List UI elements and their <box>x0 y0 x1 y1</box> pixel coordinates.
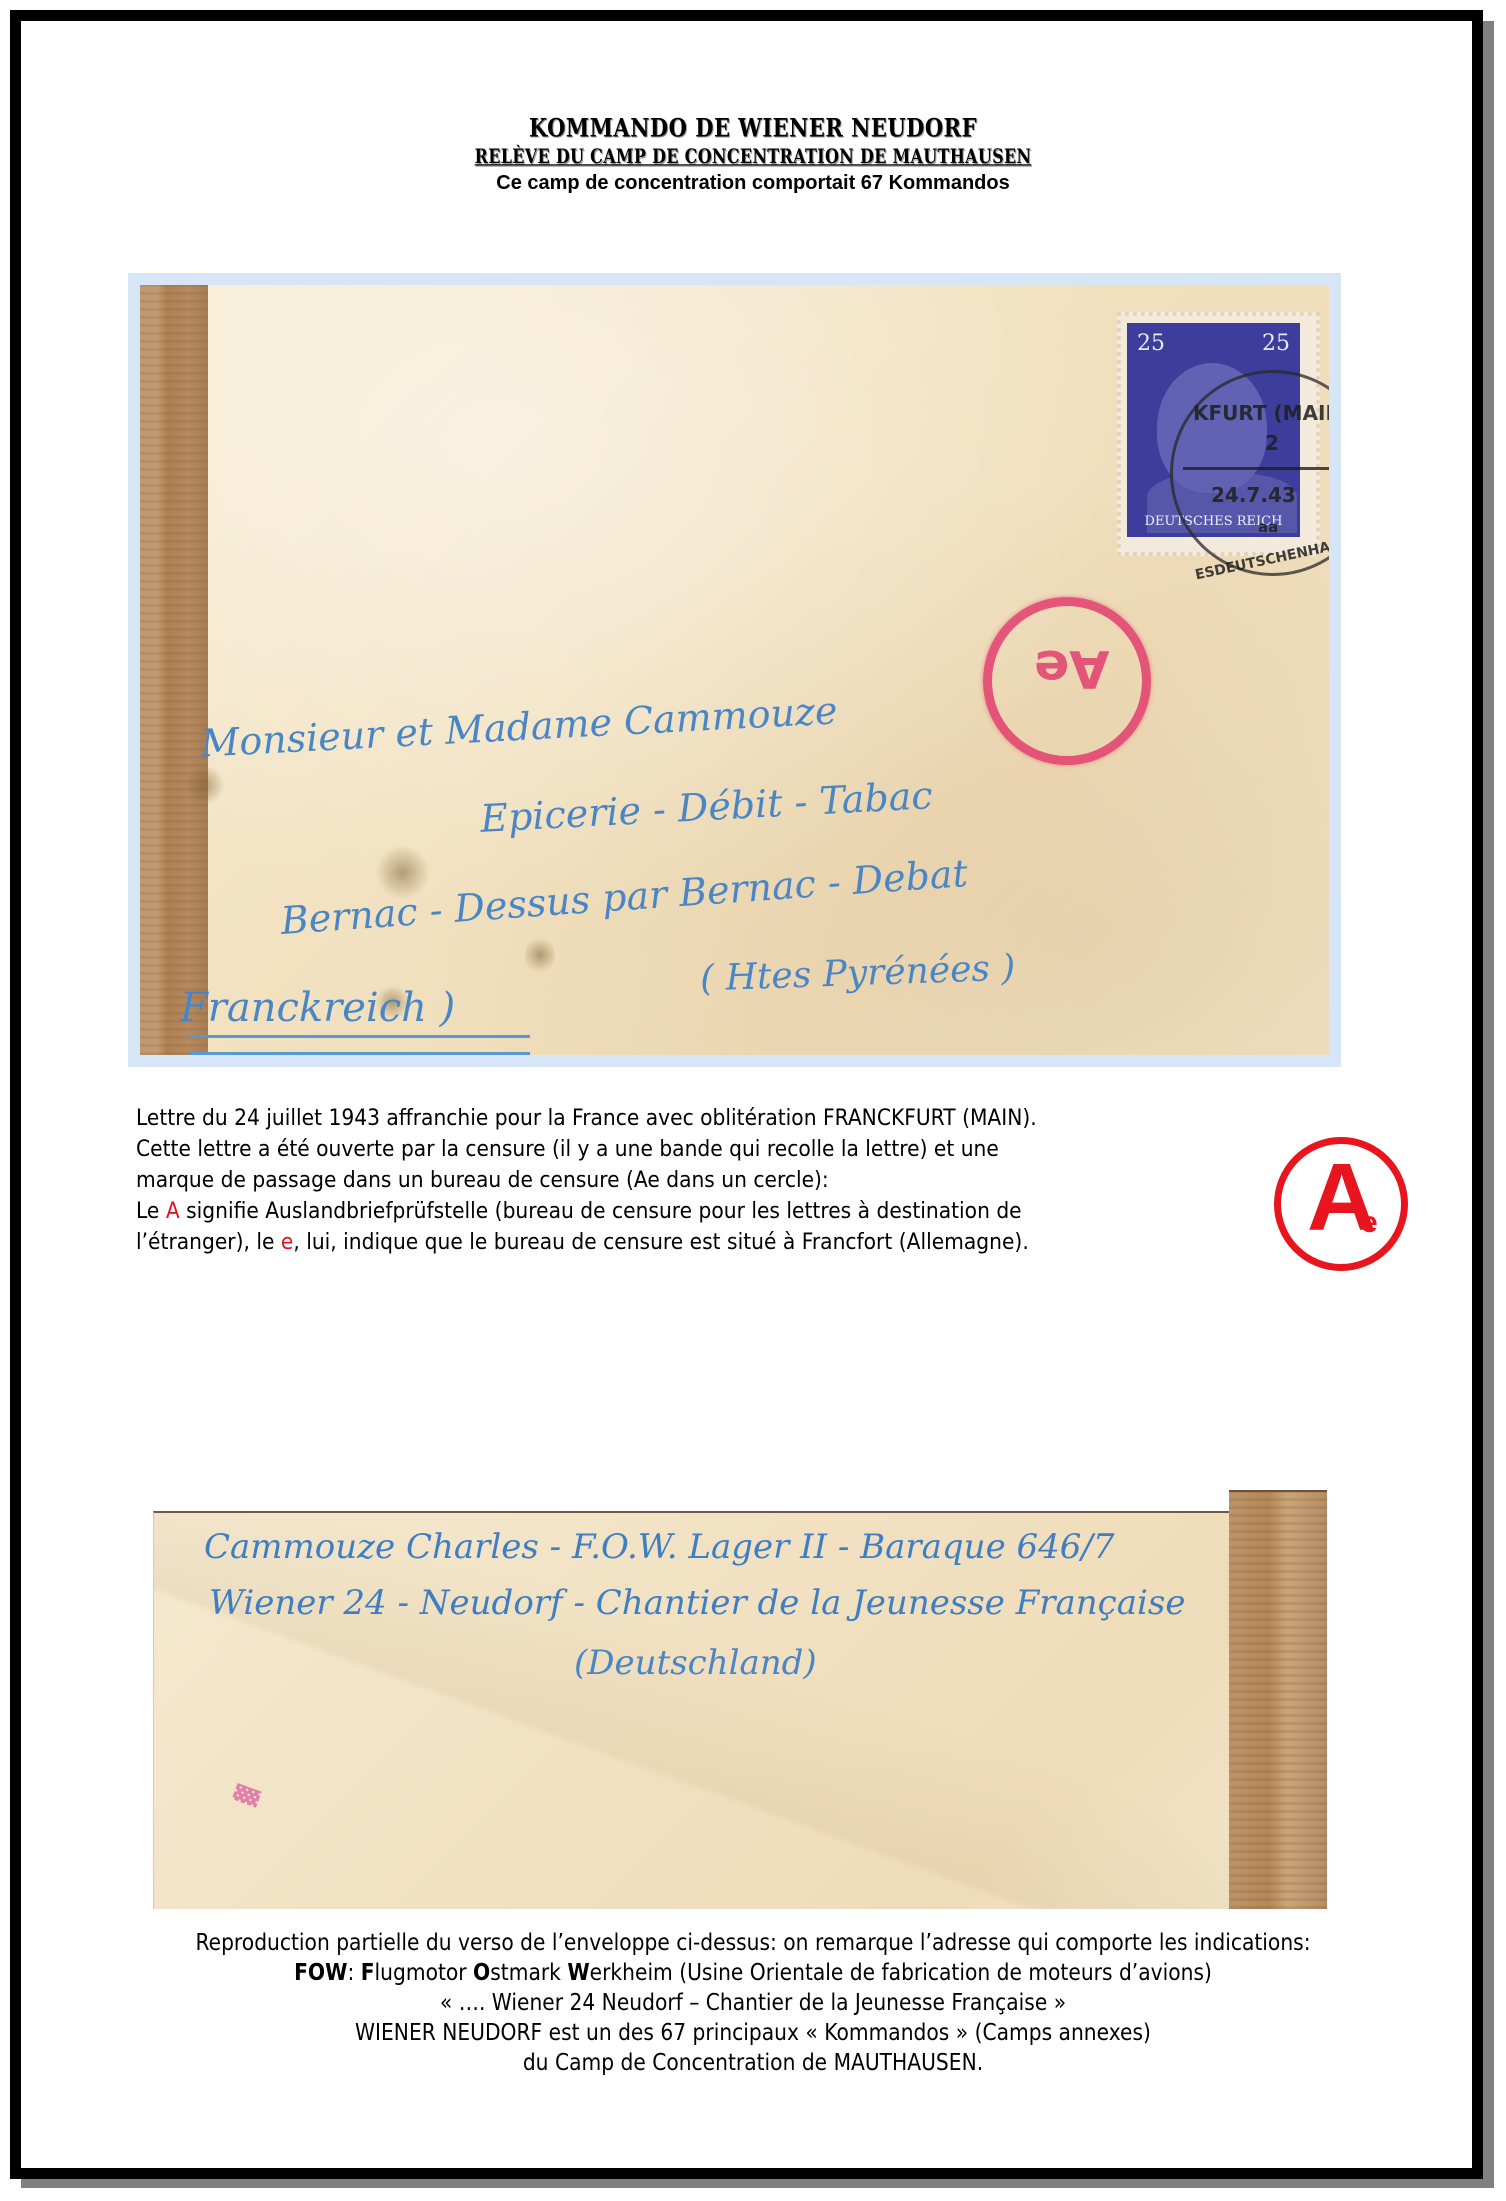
address-line: Epicerie - Débit - Tabac <box>479 773 933 841</box>
caption-line: « …. Wiener 24 Neudorf – Chantier de la … <box>90 1988 1415 2018</box>
postmark-office: 2 <box>1265 431 1279 455</box>
highlight-letter-a: A <box>166 1199 180 1224</box>
censor-stamp: Ae <box>983 597 1151 765</box>
caption-text: lugmotor <box>375 1960 473 1986</box>
back-envelope-image: Cammouze Charles - F.O.W. Lager II - Bar… <box>153 1511 1234 1909</box>
caption-line-fow: FOW: Flugmotor Ostmark Werkheim (Usine O… <box>90 1958 1415 1988</box>
postmark-city: KFURT (MAIN) <box>1193 401 1329 425</box>
caption-line: l’étranger), le e, lui, indique que le b… <box>136 1227 1037 1258</box>
page-subtitle: RELÈVE DU CAMP DE CONCENTRATION DE MAUTH… <box>0 145 1506 168</box>
stain <box>185 765 225 805</box>
back-caption: Reproduction partielle du verso de l’env… <box>0 1928 1506 2078</box>
front-envelope-image: 25 25 DEUTSCHES REICH KFURT (MAIN) 2 24.… <box>140 285 1329 1055</box>
initial-w: W <box>567 1960 589 1986</box>
caption-line: Le A signifie Auslandbriefprüfstelle (bu… <box>136 1196 1037 1227</box>
ae-censor-badge-icon: A e <box>1274 1137 1408 1271</box>
address-line: Monsieur et Madame Cammouze <box>199 688 838 765</box>
underline-strokes <box>190 1035 530 1055</box>
caption-text: stmark <box>490 1960 567 1986</box>
caption-line: Cette lettre a été ouverte par la censur… <box>136 1134 1037 1165</box>
back-address-line: Wiener 24 - Neudorf - Chantier de la Jeu… <box>209 1583 1185 1623</box>
censor-tape <box>140 285 208 1055</box>
back-address-line: (Deutschland) <box>574 1643 817 1683</box>
censor-tape-back <box>1229 1490 1327 1909</box>
back-address-line: Cammouze Charles - F.O.W. Lager II - Bar… <box>204 1527 1114 1567</box>
postmark-date: 24.7.43 <box>1211 483 1296 507</box>
initial-o: O <box>473 1960 490 1986</box>
front-caption: Lettre du 24 juillet 1943 affranchie pou… <box>136 1103 1037 1258</box>
censor-mark-text: Ae <box>1034 638 1110 698</box>
address-line: ( Htes Pyrénées ) <box>699 948 1016 1000</box>
abbr-fow: FOW <box>294 1960 347 1986</box>
highlight-letter-e: e <box>281 1230 293 1255</box>
caption-line: Reproduction partielle du verso de l’env… <box>90 1928 1415 1958</box>
caption-line: marque de passage dans un bureau de cens… <box>136 1165 1037 1196</box>
page-note: Ce camp de concentration comportait 67 K… <box>0 172 1506 195</box>
stamp-value: 25 <box>1262 331 1290 356</box>
caption-line: du Camp de Concentration de MAUTHAUSEN. <box>90 2048 1415 2078</box>
underline-stroke <box>190 1053 510 1055</box>
caption-text: erkheim (Usine Orientale de fabrication … <box>590 1960 1212 1986</box>
caption-text: , lui, indique que le bureau de censure … <box>293 1230 1028 1255</box>
initial-f: F <box>361 1960 375 1986</box>
caption-line: WIENER NEUDORF est un des 67 principaux … <box>90 2018 1415 2048</box>
address-line-country: Franckreich ) <box>180 985 455 1031</box>
badge-letter-e: e <box>1361 1206 1378 1240</box>
page-title: KOMMANDO DE WIENER NEUDORF <box>0 113 1506 143</box>
stain <box>525 935 555 975</box>
caption-text: l’étranger), le <box>136 1230 281 1255</box>
postmark-bar <box>1183 467 1329 470</box>
caption-line: Lettre du 24 juillet 1943 affranchie pou… <box>136 1103 1037 1134</box>
stamp-value: 25 <box>1137 331 1165 356</box>
postmark-code: aa <box>1258 518 1278 536</box>
caption-text: signifie Auslandbriefprüfstelle (bureau … <box>180 1199 1022 1224</box>
caption-text: : <box>347 1960 360 1986</box>
caption-text: Le <box>136 1199 166 1224</box>
